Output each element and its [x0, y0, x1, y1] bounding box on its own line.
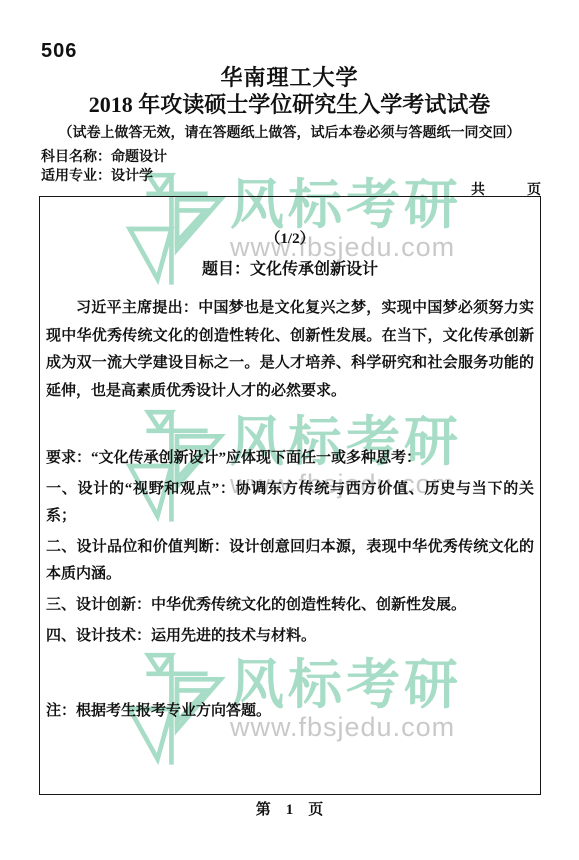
requirement-item-3: 三、设计创新：中华优秀传统文化的创造性转化、创新性发展。 [46, 592, 534, 619]
page-fraction: （1/2） [46, 227, 534, 248]
answer-sheet-notice: （试卷上做答无效，请在答题纸上做答，试后本卷必须与答题纸一同交回） [0, 122, 579, 142]
paper-code: 506 [41, 40, 77, 63]
requirement-item-4: 四、设计技术：运用先进的技术与材料。 [46, 623, 534, 650]
applicable-major: 适用专业：设计学 [41, 165, 153, 185]
subject-name: 科目名称：命题设计 [41, 146, 167, 166]
requirement-line: 要求：“文化传承创新设计”应体现下面任一或多种思考： [46, 445, 534, 472]
exam-title: 2018 年攻读硕士学位研究生入学考试试卷 [0, 88, 579, 119]
question-box: （1/2） 题目：文化传承创新设计 习近平主席提出：中国梦也是文化复兴之梦，实现… [39, 196, 541, 795]
requirement-item-1: 一、设计的“视野和观点”：协调东方传统与西方价值、历史与当下的关系； [46, 476, 534, 530]
question-intro-paragraph: 习近平主席提出：中国梦也是文化复兴之梦，实现中国梦必须努力实现中华优秀传统文化的… [46, 295, 534, 405]
question-topic: 题目：文化传承创新设计 [46, 256, 534, 279]
requirement-item-2: 二、设计品位和价值判断：设计创意回归本源，表现中华优秀传统文化的本质内涵。 [46, 534, 534, 588]
exam-paper-page: 风标考研 www.fbsjedu.com 风标考研 www.fbsjedu.co… [0, 0, 579, 860]
page-number-footer: 第 1 页 [0, 798, 579, 819]
note-line: 注：根据考生报考专业方向答题。 [46, 698, 534, 725]
